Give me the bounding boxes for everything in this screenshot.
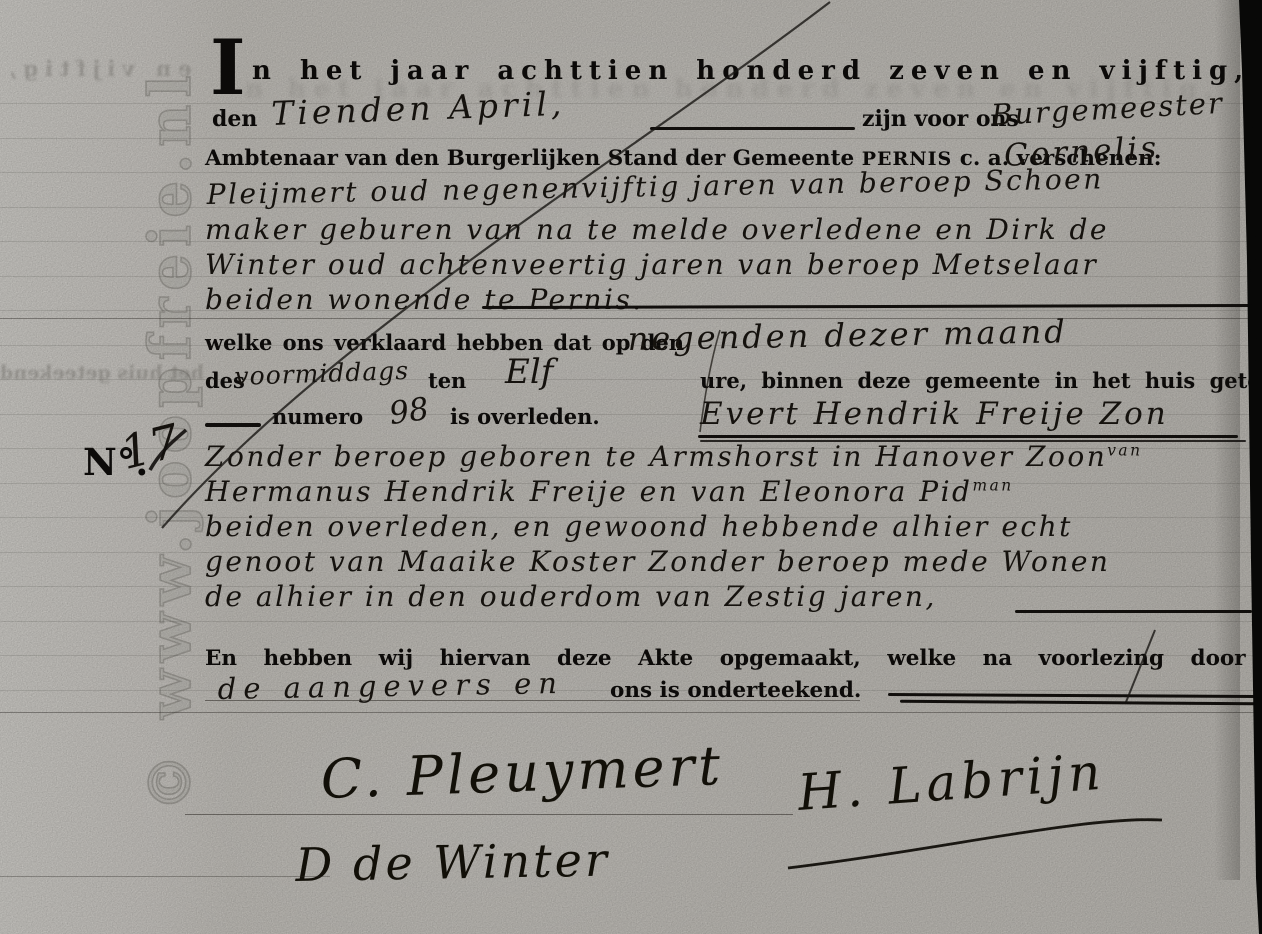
deceased-name-underline-1 (698, 435, 1238, 438)
filler-dash-line10 (205, 423, 261, 427)
line10-numero: numero (272, 404, 363, 429)
scan-edge-shadow (1214, 0, 1240, 880)
signature-pleuymert: C. Pleuymert (320, 734, 725, 811)
handwritten-death-day: negenden dezer maand (627, 312, 1068, 358)
handwritten-line-5: Zonder beroep geboren te Armshorst in Ha… (205, 440, 1143, 473)
line9-rest: ure, binnen deze gemeente in het huis ge… (700, 368, 1262, 393)
handwritten-line-4: beiden wonende te Pernis. (205, 283, 644, 316)
handwritten-line-2: maker geburen van na te melde overledene… (205, 213, 1109, 246)
closing-heavy-line-2 (900, 700, 1258, 705)
scanned-death-certificate: © www.joopfreie.nl en vijftig, het huis … (0, 0, 1262, 934)
handwritten-line-6: Hermanus Hendrik Freije en van Eleonora … (205, 475, 1014, 508)
dropcap-I: I (210, 36, 246, 100)
labrijn-underline-flourish (788, 820, 1162, 868)
line8-text: welke ons verklaard hebben dat op den (205, 330, 684, 355)
line9-ten: ten (428, 368, 466, 393)
handwritten-line-8: genoot van Maaike Koster Zonder beroep m… (205, 545, 1110, 578)
ghost-bleed-top: en vijftig, (2, 56, 191, 81)
handwritten-house-number: 98 (387, 391, 431, 432)
handwritten-line-3: Winter oud achtenveertig jaren van beroe… (205, 248, 1098, 281)
line2-den: den (212, 106, 257, 132)
handwritten-line-9: de alhier in den ouderdom van Zestig jar… (205, 580, 937, 613)
handwritten-hour: Elf (505, 352, 553, 392)
signature-labrijn: H. Labrijn (796, 743, 1107, 822)
signature-line-1 (185, 814, 793, 815)
signature-line-2 (0, 876, 330, 877)
line1-text: n het jaar achttien honderd zeven en vij… (252, 56, 1250, 86)
closing-heavy-line-1 (888, 693, 1258, 698)
ghost-bleed-mid: het huis geteekend (0, 362, 204, 384)
handwritten-line-7: beiden overleden, en gewoond hebbende al… (205, 510, 1073, 543)
signature-de-winter: D de Winter (295, 833, 610, 892)
filler-dash-line2 (650, 127, 855, 130)
handwritten-line-5-superscript: van (1107, 442, 1142, 460)
line3-a: Ambtenaar van den Burgerlijken Stand der… (205, 146, 854, 171)
line10-is-overleden: is overleden. (450, 404, 600, 429)
handwritten-line-6-superscript: man (972, 477, 1013, 495)
line16-text: En hebben wij hiervan deze Akte opgemaak… (205, 646, 1246, 671)
handwritten-daypart: voormiddags (234, 356, 410, 391)
line17-text: ons is onderteekend. (610, 678, 861, 703)
handwritten-deceased-name: Evert Hendrik Freije Zon (700, 396, 1169, 432)
